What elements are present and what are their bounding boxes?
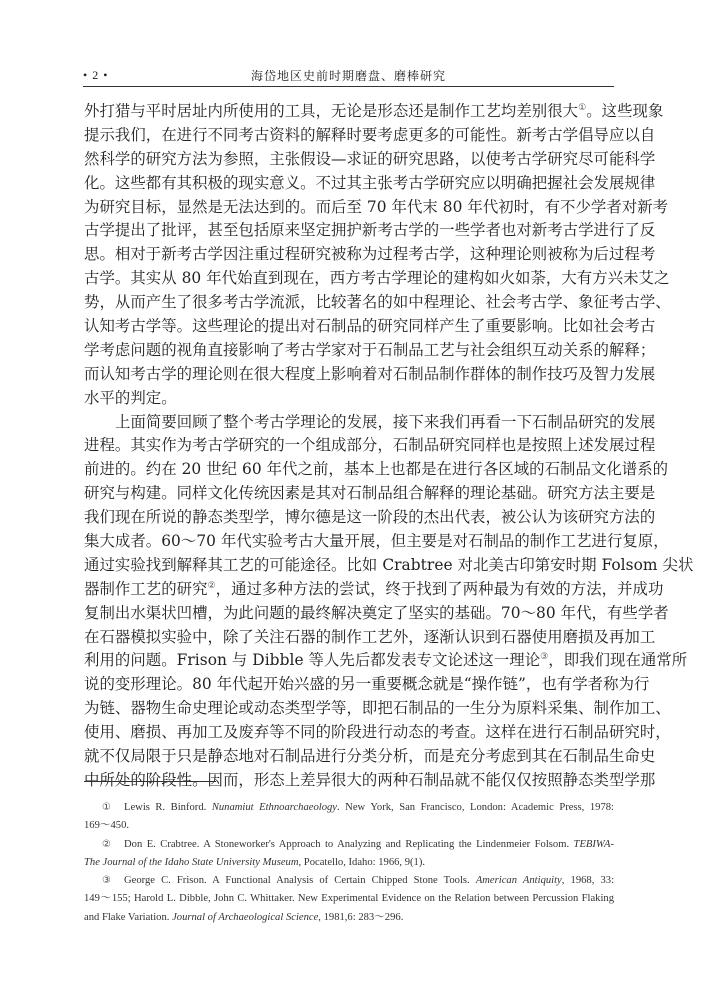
text-line: 古学提出了批评，甚至包括原来坚定拥护新考古学的一些学者也对新考古学进行了反 [84,219,614,243]
citation-title: TEBIWA- [574,839,614,850]
text-segment: 为链、器物生命史理论或动态类型学等，即把石制品的一生分为原料采集、制作加工、 [84,699,671,717]
footnote-line: ③George C. Frison. A Functional Analysis… [84,872,614,890]
text-line: 然科学的研究方法为参照，主张假设—求证的研究思路，以使考古学研究尽可能科学 [84,148,614,172]
text-line: 水平的判定。 [84,387,614,411]
footnote-line: The Journal of the Idaho State Universit… [84,854,614,872]
text-line: 利用的问题。Frison 与 Dibble 等人先后都发表专文论述这一理论③，即… [84,649,614,673]
text-segment: 说的变形理论。80 年代起开始兴盛的另一重要概念就是“操作链”，也有学者称为行 [84,675,649,693]
footnote-divider [84,781,216,782]
text-segment: 复制出水渠状凹槽，为此问题的最终解决奠定了坚实的基础。70～80 年代，有些学者 [84,604,669,622]
text-segment: 中所处的阶段性。因而，形态上差异很大的两种石制品就不能仅仅按照静态类型学那 [84,771,655,789]
citation-text: Lewis R. Binford. [124,802,212,813]
citation-text: and Flake Variation. [84,912,172,923]
text-line: 使用、磨损、再加工及废弃等不同的阶段进行动态的考查。这样在进行石制品研究时， [84,721,614,745]
footnote-marker: ③ [102,872,124,890]
text-segment: ，即我们现在通常所 [548,651,687,669]
text-segment: 我们现在所说的静态类型学，博尔德是这一阶段的杰出代表，被公认为该研究方法的 [84,508,655,526]
text-line: 势，从而产生了很多考古学流派，比较著名的如中程理论、社会考古学、象征考古学、 [84,291,614,315]
footnote-line: and Flake Variation. Journal of Archaeol… [84,909,614,927]
text-line: 我们现在所说的静态类型学，博尔德是这一阶段的杰出代表，被公认为该研究方法的 [84,506,614,530]
text-segment: ，通过多种方法的尝试，终于找到了两种最为有效的方法，并成功 [216,580,664,598]
text-line: 提示我们，在进行不同考古资料的解释时要考虑更多的可能性。新考古学倡导应以自 [84,124,614,148]
text-segment: 外打猎与平时居址内所使用的工具，无论是形态还是制作工艺均差别很大 [84,102,578,120]
text-segment: 为研究目标，显然是无法达到的。而后至 70 年代末 80 年代初时，有不少学者对… [84,198,668,216]
running-title: 海岱地区史前时期磨盘、磨棒研究 [83,67,614,84]
page-header: • 2 • 海岱地区史前时期磨盘、磨棒研究 [83,66,614,87]
citation-title: The Journal of the Idaho State Universit… [84,857,299,868]
text-line: 而认知考古学的理论则在很大程度上影响着对石制品制作群体的制作技巧及智力发展 [84,363,614,387]
citation-text: Don E. Crabtree. A Stoneworker's Approac… [124,839,574,850]
text-segment: 然科学的研究方法为参照，主张假设—求证的研究思路，以使考古学研究尽可能科学 [84,150,655,168]
text-segment: 水平的判定。 [84,389,177,407]
text-segment: 认知考古学等。这些理论的提出对石制品的研究同样产生了重要影响。比如社会考古 [84,317,655,335]
text-segment: 思。相对于新考古学因注重过程研究被称为过程考古学，这种理论则被称为后过程考 [84,245,655,263]
text-segment: 通过实验找到解释其工艺的可能途径。比如 Crabtree 对北美古印第安时期 F… [84,556,693,574]
footnote-marker: ② [102,836,124,854]
text-segment: 前进的。约在 20 世纪 60 年代之前，基本上也都是在进行各区域的石制品文化谱… [84,460,668,478]
citation-text: 169～450. [84,820,129,831]
text-segment: 研究与构建。同样文化传统因素是其对石制品组合解释的理论基础。研究方法主要是 [84,484,655,502]
citation-text: George C. Frison. A Functional Analysis … [124,875,476,886]
text-segment: 。这些现象 [586,102,663,120]
text-line: 认知考古学等。这些理论的提出对石制品的研究同样产生了重要影响。比如社会考古 [84,315,614,339]
citation-text: , Pocatello, Idaho: 1966, 9(1). [299,857,426,868]
citation-title: Nunamiut Ethnoarchaeology [212,802,337,813]
text-line: 上面简要回顾了整个考古学理论的发展，接下来我们再看一下石制品研究的发展 [84,411,614,435]
footnote-line: ①Lewis R. Binford. Nunamiut Ethnoarchaeo… [84,799,614,817]
text-line: 古学。其实从 80 年代始直到现在，西方考古学理论的建构如火如荼，大有方兴未艾之 [84,267,614,291]
text-segment: 古学。其实从 80 年代始直到现在，西方考古学理论的建构如火如荼，大有方兴未艾之 [84,269,669,287]
text-line: 为研究目标，显然是无法达到的。而后至 70 年代末 80 年代初时，有不少学者对… [84,196,614,220]
footnote: ③George C. Frison. A Functional Analysis… [84,872,614,927]
footnote-line: 169～450. [84,817,614,835]
citation-title: American Antiquity [476,875,562,886]
footnote-ref[interactable]: ② [208,581,216,591]
text-segment: 在石器模拟实验中，除了关注石器的制作工艺外，逐渐认识到石器使用磨损及再加工 [84,628,655,646]
text-line: 前进的。约在 20 世纪 60 年代之前，基本上也都是在进行各区域的石制品文化谱… [84,458,614,482]
text-line: 复制出水渠状凹槽，为此问题的最终解决奠定了坚实的基础。70～80 年代，有些学者 [84,602,614,626]
footnotes: ①Lewis R. Binford. Nunamiut Ethnoarchaeo… [84,799,614,927]
text-line: 器制作工艺的研究②，通过多种方法的尝试，终于找到了两种最为有效的方法，并成功 [84,578,614,602]
text-line: 化。这些都有其积极的现实意义。不过其主张考古学研究应以明确把握社会发展规律 [84,172,614,196]
citation-text: , 1981,6: 283～296. [318,912,403,923]
text-segment: 而认知考古学的理论则在很大程度上影响着对石制品制作群体的制作技巧及智力发展 [84,365,655,383]
text-segment: 进程。其实作为考古学研究的一个组成部分，石制品研究同样也是按照上述发展过程 [84,436,655,454]
text-segment: 利用的问题。Frison 与 Dibble 等人先后都发表专文论述这一理论 [84,651,540,669]
body-text: 外打猎与平时居址内所使用的工具，无论是形态还是制作工艺均差别很大①。这些现象提示… [84,100,614,793]
text-line: 集大成者。60～70 年代实验考古大量开展，但主要是对石制品的制作工艺进行复原， [84,530,614,554]
citation-text: , 1968, 33: [562,875,614,886]
text-segment: 上面简要回顾了整个考古学理论的发展，接下来我们再看一下石制品研究的发展 [115,413,655,431]
footnote-marker: ① [102,799,124,817]
footnote-line: 149～155; Harold L. Dibble, John C. Whitt… [84,890,614,908]
citation-text: 149～155; Harold L. Dibble, John C. Whitt… [84,893,614,904]
footnote-line: ②Don E. Crabtree. A Stoneworker's Approa… [84,836,614,854]
text-segment: 势，从而产生了很多考古学流派，比较著名的如中程理论、社会考古学、象征考古学、 [84,293,671,311]
text-segment: 使用、磨损、再加工及废弃等不同的阶段进行动态的考查。这样在进行石制品研究时， [84,723,671,741]
text-line: 通过实验找到解释其工艺的可能途径。比如 Crabtree 对北美古印第安时期 F… [84,554,614,578]
text-segment: 学考虑问题的视角直接影响了考古学家对于石制品工艺与社会组织互动关系的解释； [84,341,655,359]
text-segment: 化。这些都有其积极的现实意义。不过其主张考古学研究应以明确把握社会发展规律 [84,174,655,192]
text-line: 外打猎与平时居址内所使用的工具，无论是形态还是制作工艺均差别很大①。这些现象 [84,100,614,124]
text-line: 学考虑问题的视角直接影响了考古学家对于石制品工艺与社会组织互动关系的解释； [84,339,614,363]
text-segment: 就不仅局限于只是静态地对石制品进行分类分析，而是充分考虑到其在石制品生命史 [84,747,655,765]
footnote: ②Don E. Crabtree. A Stoneworker's Approa… [84,836,614,873]
text-line: 就不仅局限于只是静态地对石制品进行分类分析，而是充分考虑到其在石制品生命史 [84,745,614,769]
text-line: 进程。其实作为考古学研究的一个组成部分，石制品研究同样也是按照上述发展过程 [84,434,614,458]
text-line: 在石器模拟实验中，除了关注石器的制作工艺外，逐渐认识到石器使用磨损及再加工 [84,626,614,650]
text-segment: 古学提出了批评，甚至包括原来坚定拥护新考古学的一些学者也对新考古学进行了反 [84,221,655,239]
text-line: 研究与构建。同样文化传统因素是其对石制品组合解释的理论基础。研究方法主要是 [84,482,614,506]
text-line: 说的变形理论。80 年代起开始兴盛的另一重要概念就是“操作链”，也有学者称为行 [84,673,614,697]
text-line: 为链、器物生命史理论或动态类型学等，即把石制品的一生分为原料采集、制作加工、 [84,697,614,721]
text-segment: 提示我们，在进行不同考古资料的解释时要考虑更多的可能性。新考古学倡导应以自 [84,126,655,144]
citation-text: . New York, San Francisco, London: Acade… [337,802,614,813]
text-line: 思。相对于新考古学因注重过程研究被称为过程考古学，这种理论则被称为后过程考 [84,243,614,267]
text-segment: 器制作工艺的研究 [84,580,208,598]
text-segment: 集大成者。60～70 年代实验考古大量开展，但主要是对石制品的制作工艺进行复原， [84,532,669,550]
footnote: ①Lewis R. Binford. Nunamiut Ethnoarchaeo… [84,799,614,836]
citation-title: Journal of Archaeological Science [172,912,318,923]
